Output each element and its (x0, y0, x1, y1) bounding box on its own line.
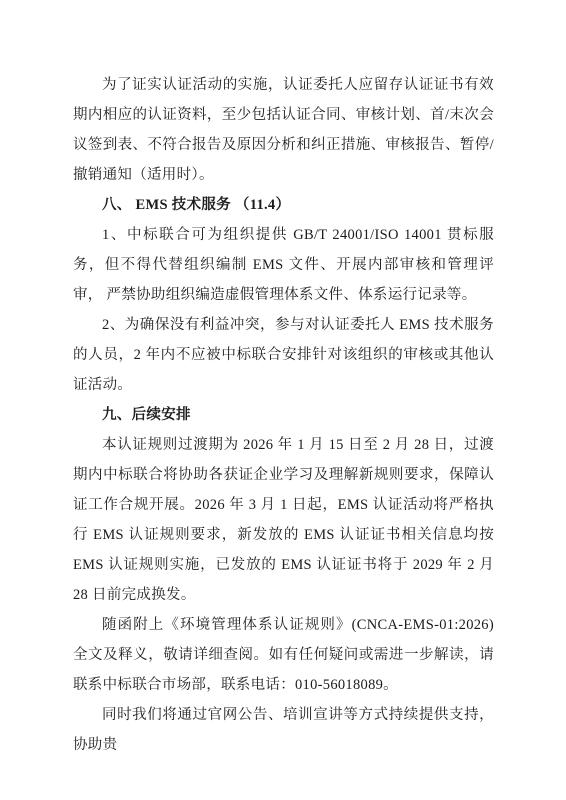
paragraph-ems-service-item-1: 1、中标联合可为组织提供 GB/T 24001/ISO 14001 贯标服务，但… (73, 220, 494, 310)
document-page: 为了证实认证活动的实施，认证委托人应留存认证证书有效期内相应的认证资料，至少包括… (0, 0, 566, 800)
paragraph-ongoing-support: 同时我们将通过官网公告、培训宣讲等方式持续提供支持，协助贵 (73, 700, 494, 760)
paragraph-record-retention: 为了证实认证活动的实施，认证委托人应留存认证证书有效期内相应的认证资料，至少包括… (73, 70, 494, 190)
section-heading-follow-up-arrangements: 九、后续安排 (73, 400, 494, 430)
paragraph-attachment-contact: 随函附上《环境管理体系认证规则》(CNCA-EMS-01:2026)全文及释义，… (73, 610, 494, 700)
document-body: 为了证实认证活动的实施，认证委托人应留存认证证书有效期内相应的认证资料，至少包括… (73, 70, 494, 760)
paragraph-transition-period: 本认证规则过渡期为 2026 年 1 月 15 日至 2 月 28 日，过渡期内… (73, 430, 494, 610)
paragraph-ems-service-item-2: 2、为确保没有利益冲突，参与对认证委托人 EMS 技术服务的人员，2 年内不应被… (73, 310, 494, 400)
section-heading-ems-technical-service: 八、 EMS 技术服务 （11.4） (73, 190, 494, 220)
